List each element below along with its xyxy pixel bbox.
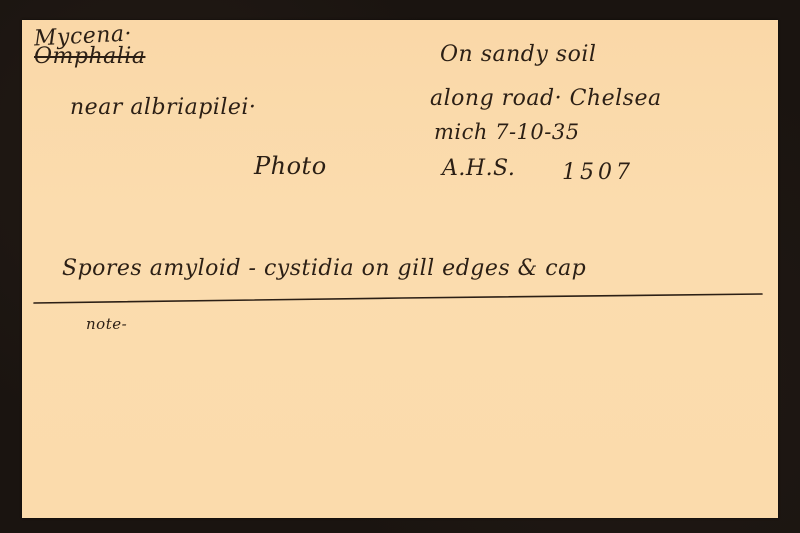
herbarium-specimen-card: Mycena· Omphalia near albriapilei· Photo… [22, 20, 778, 518]
note-label: note- [86, 315, 127, 333]
collector-initials: A.H.S. [442, 156, 515, 181]
microscopy-note: Spores amyloid - cystidia on gill edges … [62, 256, 586, 281]
collection-number: 1507 [562, 160, 634, 185]
habitat-line-2: along road· Chelsea [430, 86, 662, 111]
genus-struck-through: Omphalia [34, 44, 145, 69]
collection-date: mich 7-10-35 [434, 120, 580, 144]
habitat-line-1: On sandy soil [440, 42, 596, 67]
photo-note: Photo [254, 152, 327, 180]
species-affinity: near albriapilei· [70, 95, 256, 120]
